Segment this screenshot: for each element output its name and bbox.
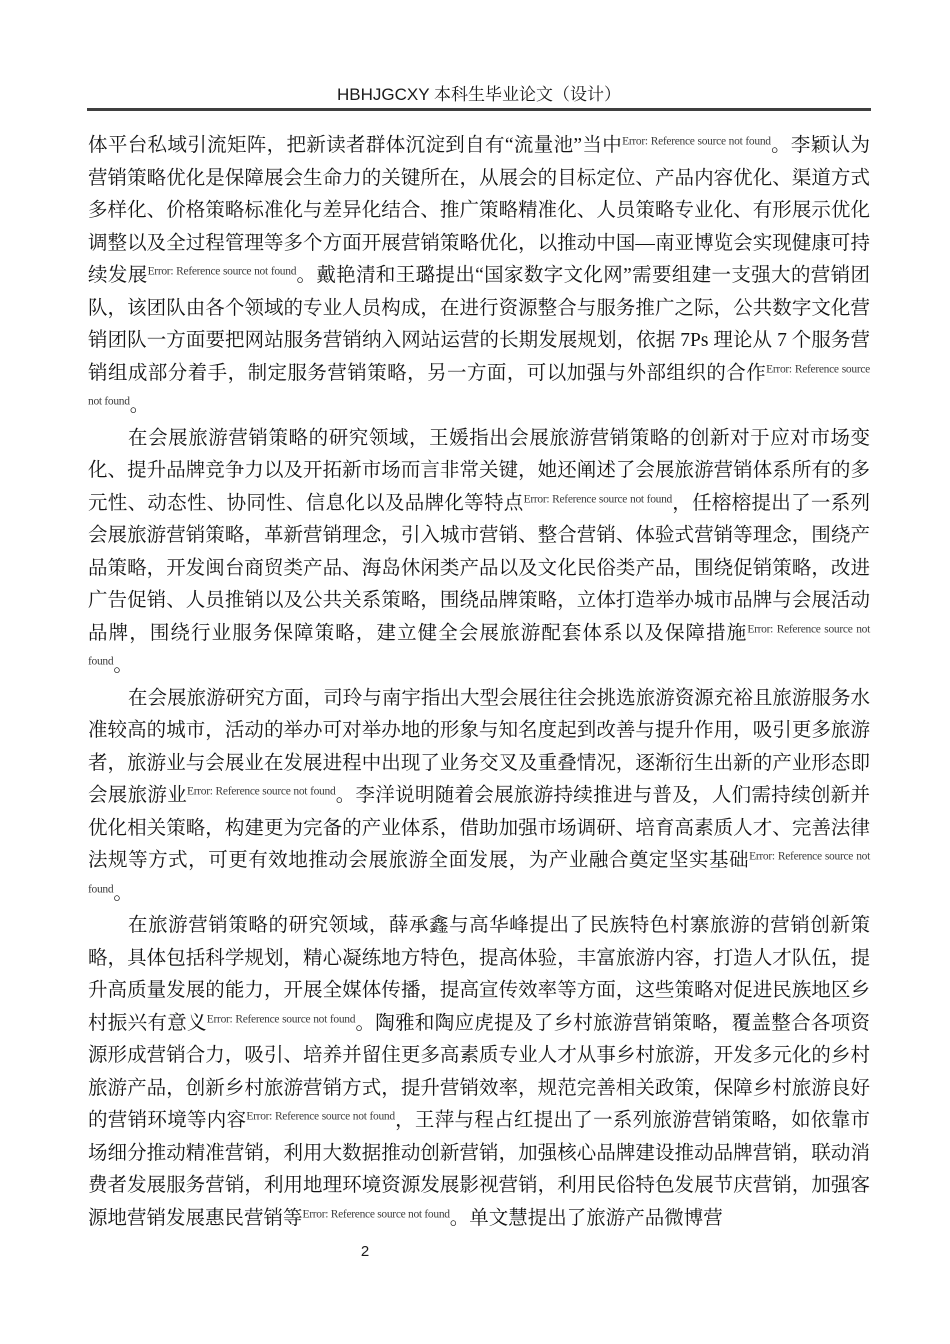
error-reference-marker: Error: Reference source not found — [148, 266, 297, 278]
body-text: 。单文慧提出了旅游产品微博营 — [450, 1208, 723, 1229]
body-text: 。 — [130, 395, 150, 416]
body-text: 。李颖认为营销策略优化是保障展会生命力的关键所在，从展会的目标定位、产品内容优化… — [88, 135, 870, 286]
error-reference-marker: Error: Reference source not found — [303, 1208, 450, 1220]
error-reference-marker: Error: Reference source not found — [524, 493, 672, 505]
error-reference-marker: Error: Reference source not found — [622, 136, 771, 148]
error-reference-marker: Error: Reference source not found — [207, 1013, 355, 1025]
paragraph: 在旅游营销策略的研究领域，薛承鑫与高华峰提出了民族特色村寨旅游的营销创新策略，具… — [88, 910, 870, 1235]
paragraph: 在会展旅游营销策略的研究领域，王媛指出会展旅游营销策略的创新对于应对市场变化、提… — [88, 423, 870, 683]
page-number: 2 — [340, 1243, 390, 1260]
error-reference-marker: Error: Reference source not found — [187, 786, 335, 798]
paragraph: 体平台私域引流矩阵，把新读者群体沉淀到自有“流量池”当中Error: Refer… — [88, 130, 870, 423]
body-text: ，任榕榕提出了一系列会展旅游营销策略，革新营销理念，引入城市营销、整合营销、体验… — [88, 493, 870, 644]
body-text: 。 — [113, 883, 133, 904]
body-text: 体平台私域引流矩阵，把新读者群体沉淀到自有“流量池”当中 — [88, 135, 622, 156]
document-page: HBHJGCXY 本科生毕业论文（设计） 体平台私域引流矩阵，把新读者群体沉淀到… — [0, 0, 950, 1344]
document-body: 体平台私域引流矩阵，把新读者群体沉淀到自有“流量池”当中Error: Refer… — [88, 130, 870, 1235]
paragraph: 在会展旅游研究方面，司玲与南宇指出大型会展往往会挑选旅游资源充裕且旅游服务水准较… — [88, 683, 870, 911]
page-header-title: HBHJGCXY 本科生毕业论文（设计） — [87, 84, 871, 111]
body-text: 。 — [113, 655, 133, 676]
error-reference-marker: Error: Reference source not found — [246, 1111, 394, 1123]
body-text: 。戴艳清和王璐提出“国家数字文化网”需要组建一支强大的营销团队，该团队由各个领域… — [88, 265, 870, 384]
